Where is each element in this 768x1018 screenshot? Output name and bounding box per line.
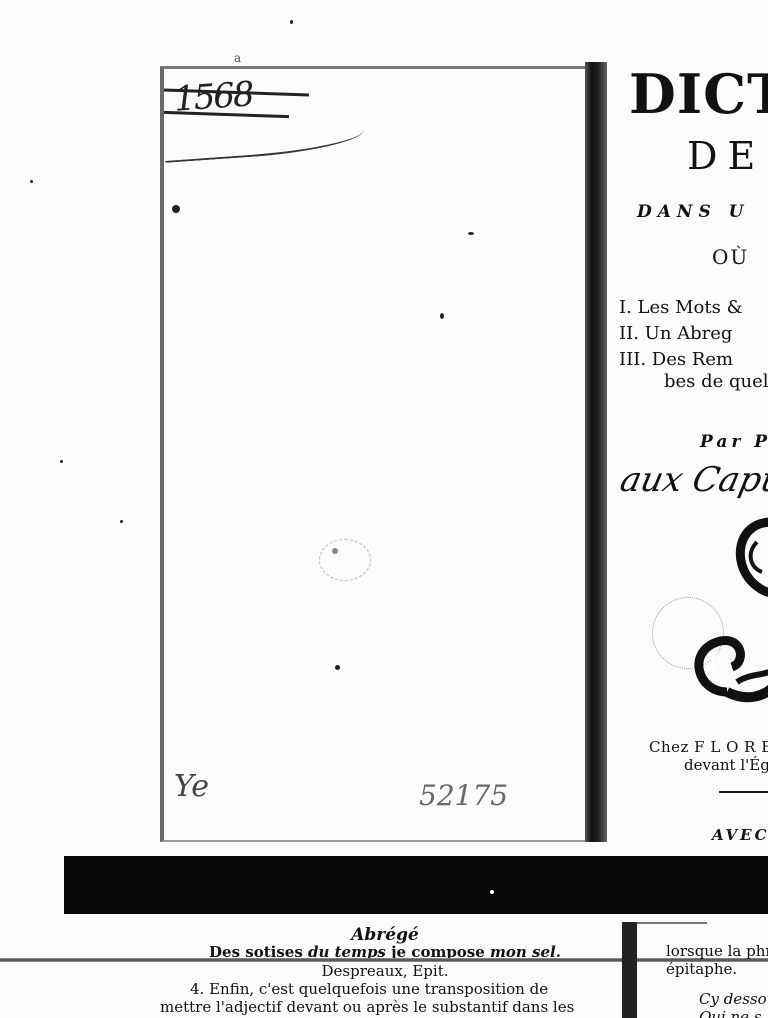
section-heading: Abrégé <box>160 925 610 945</box>
conjunction: OÙ <box>712 245 749 269</box>
imprint-line-1: Chez F L O R E, <box>649 738 768 756</box>
pen-curve <box>163 117 365 163</box>
imprint-line-2: devant l'Ég <box>684 756 768 774</box>
next-page-rule <box>637 922 707 924</box>
next-page-gutter <box>622 922 637 1018</box>
privilege-line: AVEC <box>712 826 768 842</box>
subtitle: DANS U <box>637 202 750 222</box>
printer-ornament-icon <box>677 502 768 732</box>
title-rule <box>719 791 768 793</box>
scan-speck <box>440 313 444 319</box>
byline: Par P. <box>700 432 768 452</box>
handwritten-note: aux Capuc <box>617 460 768 500</box>
right-col-line: lorsque la phr <box>666 942 768 960</box>
contents-item: I. Les Mots & <box>619 295 768 320</box>
next-page-left-column: Abrégé Des sotises du temps je compose m… <box>160 925 610 1016</box>
quote-attribution: Despreaux, Epit. <box>160 962 610 980</box>
contents-item: II. Un Abreg <box>619 321 768 346</box>
next-page-right-column: lorsque la phr épitaphe. Cy dessou Qui n… <box>666 942 768 1018</box>
scan-speck <box>60 460 63 463</box>
scan-speck <box>335 665 340 670</box>
paragraph-line: mettre l'adjectif devant ou après le sub… <box>160 999 610 1016</box>
faint-stamp <box>319 539 371 581</box>
inventory-number: 52175 <box>419 779 508 812</box>
book-gutter <box>585 62 607 842</box>
scan-speck <box>332 548 338 554</box>
contents-list: I. Les Mots & II. Un Abreg III. Des Rem … <box>619 295 768 395</box>
epitaph-line: Qui ne s <box>666 1008 768 1018</box>
epitaph-line: Cy dessou <box>666 990 768 1008</box>
paragraph-line: 4. Enfin, c'est quelquefois une transpos… <box>160 981 610 998</box>
scan-speck <box>172 205 180 213</box>
scan-speck <box>490 890 494 894</box>
ye-shelf-mark: Ye <box>174 769 209 804</box>
right-col-line: épitaphe. <box>666 960 768 978</box>
scan-speck <box>290 20 293 24</box>
contents-item: bes de quel <box>619 369 768 394</box>
title-line-1: DICT <box>629 62 768 126</box>
left-blank-leaf: a 1568 Ye 52175 <box>160 66 585 842</box>
scan-speck <box>30 180 33 183</box>
corner-letter: a <box>234 51 241 65</box>
microfilm-black-band <box>64 856 768 914</box>
title-line-2: DE <box>687 134 765 178</box>
scan-speck <box>468 232 474 235</box>
scan-speck <box>120 520 123 523</box>
scan-artifact-line <box>0 958 768 962</box>
title-page: DICT DE DANS U OÙ I. Les Mots & II. Un A… <box>607 62 768 842</box>
